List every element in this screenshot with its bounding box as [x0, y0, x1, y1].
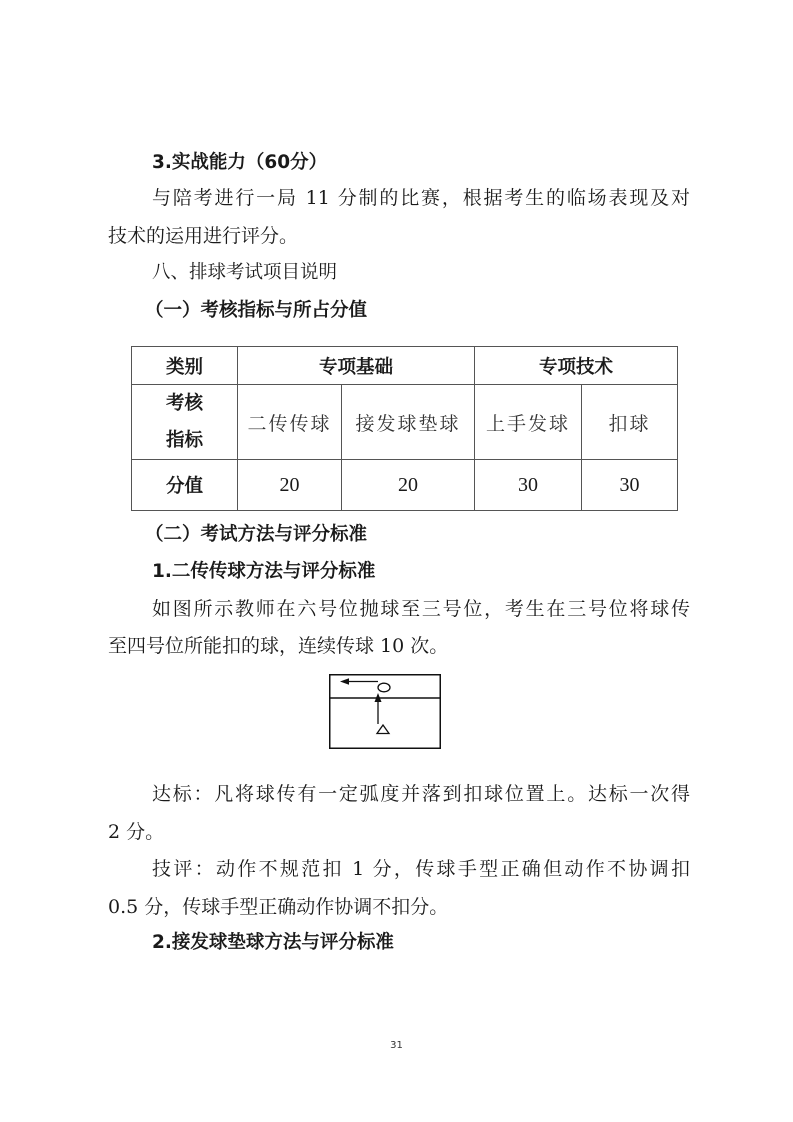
table-cell-score: 30	[475, 460, 582, 511]
table-cell-indicator: 扣球	[582, 385, 678, 460]
chapter-heading-volleyball: 八、排球考试项目说明	[152, 258, 690, 288]
paragraph-line: 与陪考进行一局 11 分制的比赛，根据考生的临场表现及对	[152, 183, 690, 213]
paragraph-line: 如图所示教师在六号位抛球至三号位，考生在三号位将球传	[152, 594, 690, 624]
table-cell-score: 20	[238, 460, 342, 511]
table-header-category: 类别	[132, 347, 238, 385]
paragraph-line: 至四号位所能扣的球，连续传球 10 次。	[108, 631, 690, 661]
page-number: 31	[0, 1040, 793, 1051]
paragraph-line: 0.5 分，传球手型正确动作协调不扣分。	[108, 892, 690, 922]
paragraph-line: 技术的运用进行评分。	[108, 221, 690, 251]
paragraph-line: 达标：凡将球传有一定弧度并落到扣球位置上。达标一次得	[152, 779, 690, 809]
table-label-indicators: 考核 指标	[132, 385, 238, 460]
arrow-left-icon	[340, 678, 349, 685]
label-line: 指标	[132, 422, 237, 459]
table-cell-indicator: 二传传球	[238, 385, 342, 460]
table-cell-score: 30	[582, 460, 678, 511]
table-label-score: 分值	[132, 460, 238, 511]
item-heading-receiving: 2.接发球垫球方法与评分标准	[152, 928, 690, 958]
table-cell-indicator: 接发球垫球	[342, 385, 475, 460]
table-header-row: 类别 专项基础 专项技术	[132, 347, 678, 385]
table-row-scores: 分值 20 20 30 30	[132, 460, 678, 511]
paragraph-line: 技评：动作不规范扣 1 分，传球手型正确但动作不协调扣	[152, 854, 690, 884]
table-header-basic: 专项基础	[238, 347, 475, 385]
label-line: 考核	[132, 385, 237, 422]
subheading-indicators: （一）考核指标与所占分值	[145, 296, 727, 326]
table-cell-score: 20	[342, 460, 475, 511]
setting-drill-diagram	[329, 674, 441, 749]
paragraph-line: 2 分。	[108, 817, 690, 847]
subheading-methods: （二）考试方法与评分标准	[145, 520, 727, 550]
score-table: 类别 专项基础 专项技术 考核 指标 二传传球 接发球垫球 上手发球 扣球 分值…	[131, 346, 678, 511]
table-cell-indicator: 上手发球	[475, 385, 582, 460]
item-heading-setting: 1.二传传球方法与评分标准	[152, 557, 690, 587]
teacher-triangle-icon	[377, 725, 389, 734]
section-heading-actual-combat: 3.实战能力（60分）	[152, 148, 690, 178]
table-row-indicators: 考核 指标 二传传球 接发球垫球 上手发球 扣球	[132, 385, 678, 460]
table-header-technique: 专项技术	[475, 347, 678, 385]
ball-position-icon	[378, 683, 390, 692]
